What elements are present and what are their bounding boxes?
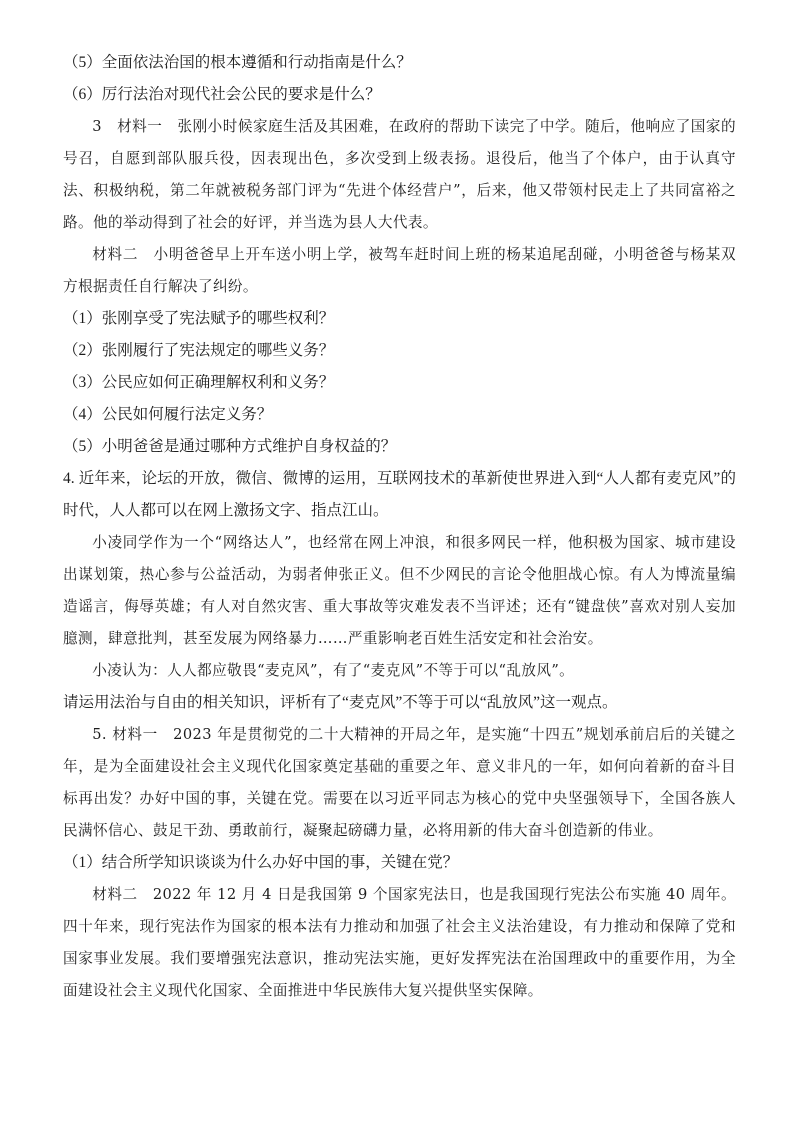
question4-viewpoint-paragraph: 小凌认为：人人都应敬畏“麦克风”，有了“麦克风”不等于可以“乱放风”。: [63, 655, 736, 687]
question4-task-line: 请运用法治与自由的相关知识，评析有了“麦克风”不等于可以“乱放风”这一观点。: [63, 687, 736, 719]
question3-material2-paragraph: 材料二 小明爸爸早上开车送小明上学，被驾车赶时间上班的杨某追尾刮碰，小明爸爸与杨…: [63, 239, 736, 303]
sub-question-3-1: （1）张刚享受了宪法赋予的哪些权利？: [63, 303, 736, 335]
document-page: （5）全面依法治国的根本遵循和行动指南是什么？ （6）厉行法治对现代社会公民的要…: [0, 0, 794, 1123]
sub-question-3-4: （4）公民如何履行法定义务？: [63, 399, 736, 431]
sub-question-3-5: （5）小明爸爸是通过哪种方式维护自身权益的？: [63, 431, 736, 463]
exam-content: （5）全面依法治国的根本遵循和行动指南是什么？ （6）厉行法治对现代社会公民的要…: [63, 47, 736, 1007]
sub-question-2-6: （6）厉行法治对现代社会公民的要求是什么？: [63, 79, 736, 111]
question4-material-paragraph: 小凌同学作为一个“网络达人”，也经常在网上冲浪，和很多网民一样，他积极为国家、城…: [63, 527, 736, 655]
sub-question-3-3: （3）公民应如何正确理解权利和义务？: [63, 367, 736, 399]
sub-question-5-1: （1）结合所学知识谈谈为什么办好中国的事，关键在党？: [63, 847, 736, 879]
sub-question-2-5: （5）全面依法治国的根本遵循和行动指南是什么？: [63, 47, 736, 79]
question3-material1-paragraph: 3 材料一 张刚小时候家庭生活及其困难，在政府的帮助下读完了中学。随后，他响应了…: [63, 111, 736, 239]
sub-question-3-2: （2）张刚履行了宪法规定的哪些义务？: [63, 335, 736, 367]
question5-material2-paragraph: 材料二 2022 年 12 月 4 日是我国第 9 个国家宪法日，也是我国现行宪…: [63, 879, 736, 1007]
question5-material1-paragraph: 5. 材料一 2023 年是贯彻党的二十大精神的开局之年，是实施“十四五”规划承…: [63, 719, 736, 847]
question4-stem: 4. 近年来，论坛的开放，微信、微博的运用，互联网技术的革新使世界进入到“人人都…: [63, 463, 736, 527]
